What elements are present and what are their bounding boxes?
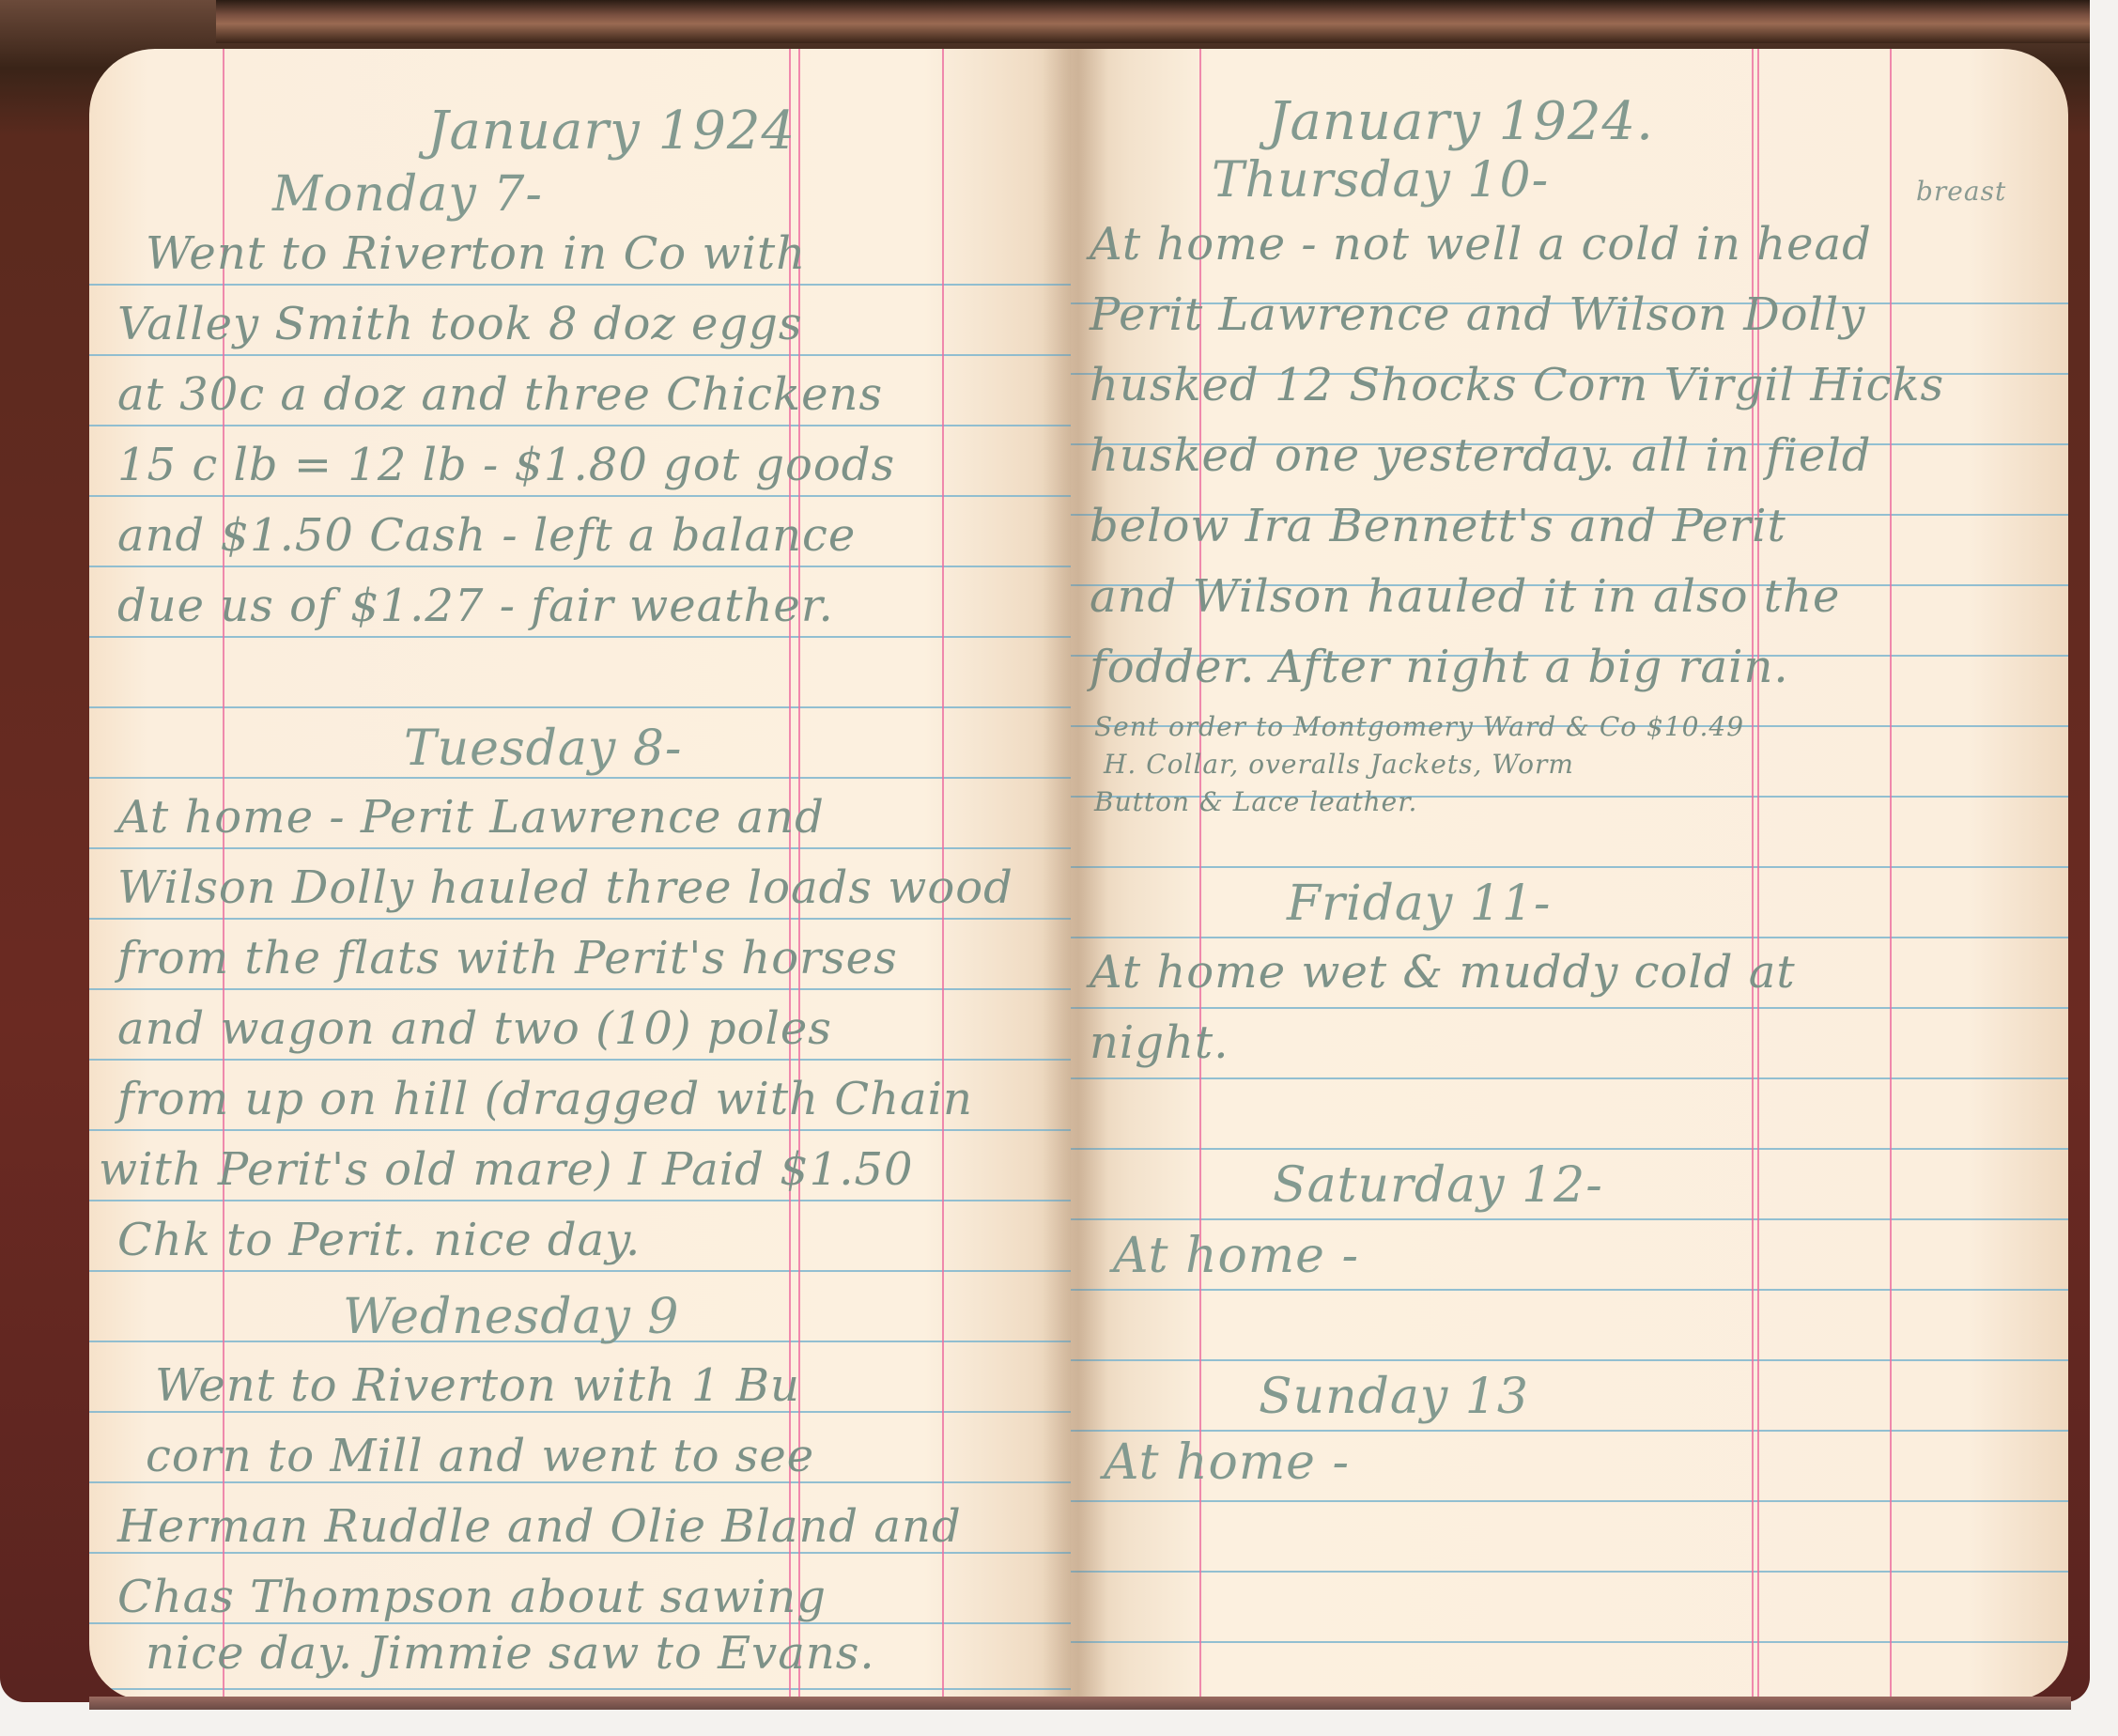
day-heading-monday: Monday 7- [272,166,543,223]
ruled-line [1071,1359,2068,1361]
ruled-line [89,847,1071,849]
day-heading-wednesday: Wednesday 9 [343,1289,680,1345]
entry-line: and $1.50 Cash - left a balance [117,509,856,562]
entry-line: Herman Ruddle and Olie Bland and [117,1500,962,1553]
ruled-line [89,354,1071,356]
ruled-line [89,1270,1071,1272]
entry-line: Valley Smith took 8 doz eggs [117,298,802,350]
entry-line: corn to Mill and went to see [146,1430,814,1482]
ruled-line [1071,1218,2068,1220]
entry-line: At home wet & muddy cold at [1090,946,1796,999]
entry-line: and wagon and two (10) poles [117,1002,832,1055]
entry-line: night. [1090,1016,1229,1069]
entry-line: at 30c a doz and three Chickens [117,368,883,421]
ruled-line [89,566,1071,567]
ruled-line [89,284,1071,286]
entry-line: Went to Riverton in Co with [146,227,806,280]
ruled-line [89,425,1071,426]
ruled-line [1071,1641,2068,1643]
month-heading: January 1924. [1268,91,1654,152]
order-note-line: Button & Lace leather. [1094,786,1417,817]
month-heading: January 1924 [427,101,796,162]
ruled-line [89,636,1071,638]
entry-line: with Perit's old mare) I Paid $1.50 [99,1143,914,1196]
entry-line: Wilson Dolly hauled three loads wood [117,861,1013,914]
entry-line: due us of $1.27 - fair weather. [117,580,834,632]
ruled-line [1071,1077,2068,1079]
entry-line: husked 12 Shocks Corn Virgil Hicks [1090,359,1944,411]
day-heading-tuesday: Tuesday 8- [404,721,682,777]
page-bottom-edge [89,1697,2071,1710]
entry-line: and Wilson hauled it in also the [1090,570,1840,623]
ruled-line [89,1200,1071,1201]
ruled-line [1071,1289,2068,1291]
entry-line: At home - not well a cold in head [1090,218,1872,271]
ruled-line [89,706,1071,708]
ruled-line [89,495,1071,497]
entry-line: below Ira Bennett's and Perit [1090,500,1786,552]
day-heading-sunday: Sunday 13 [1259,1369,1529,1425]
ruled-line [89,918,1071,920]
ruled-line [1071,1007,2068,1009]
entry-line: Chas Thompson about sawing [117,1571,827,1623]
right-page: January 1924. breast Thursday 10- At hom… [1071,49,2068,1700]
ruled-line [89,777,1071,779]
order-note-line: Sent order to Montgomery Ward & Co $10.4… [1094,711,1744,742]
entry-line: At home - [1113,1228,1359,1284]
cover-top-edge [216,0,2090,43]
ruled-line [1071,1571,2068,1573]
ruled-line [89,1688,1071,1690]
day-heading-friday: Friday 11- [1287,876,1552,932]
ruled-line [89,1059,1071,1061]
day-heading-saturday: Saturday 12- [1273,1157,1603,1214]
ruled-line [1071,937,2068,938]
entry-line: nice day. Jimmie saw to Evans. [146,1627,875,1680]
entry-line: fodder. After night a big rain. [1090,641,1789,693]
ruled-line [1071,1500,2068,1502]
entry-line: from up on hill (dragged with Chain [117,1073,973,1125]
ruled-line [1071,1430,2068,1432]
entry-line: Went to Riverton with 1 Bu [155,1359,800,1412]
ruled-line [1071,1148,2068,1150]
entry-line: At home - Perit Lawrence and [117,791,825,844]
ruled-line [89,988,1071,990]
entry-line: At home - [1104,1434,1350,1491]
entry-line: 15 c lb = 12 lb - $1.80 got goods [117,439,895,491]
margin-note: breast [1916,176,2006,207]
entry-line: from the flats with Perit's horses [117,932,898,984]
entry-line: Chk to Perit. nice day. [117,1214,641,1266]
left-page: January 1924 Monday 7- Went to Riverton … [89,49,1071,1700]
entry-line: husked one yesterday. all in field [1090,429,1872,482]
order-note-line: H. Collar, overalls Jackets, Worm [1104,749,1574,780]
ruled-line [1071,866,2068,868]
ruled-line [89,1129,1071,1131]
day-heading-thursday: Thursday 10- [1212,152,1549,209]
entry-line: Perit Lawrence and Wilson Dolly [1090,288,1865,341]
column-line [1890,49,1892,1700]
